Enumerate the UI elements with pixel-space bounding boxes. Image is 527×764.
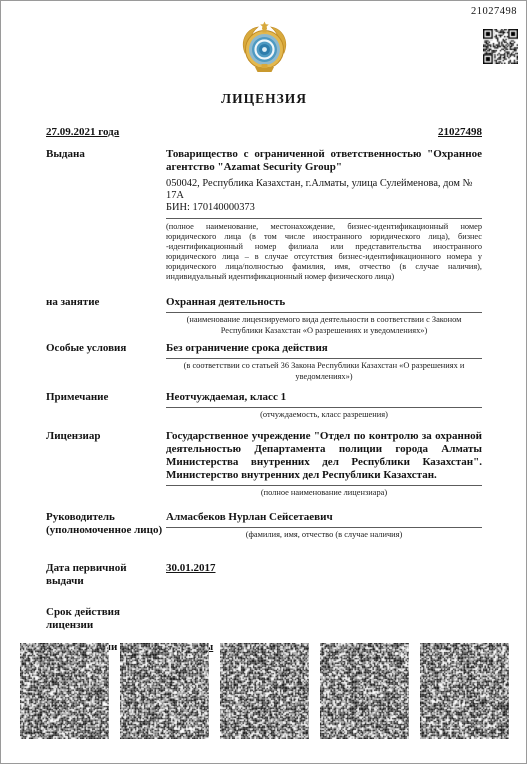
qr-code (483, 29, 518, 64)
data-matrix-barcode (20, 643, 109, 739)
license-number: 21027498 (438, 126, 482, 138)
head-label-2: (уполномоченное лицо) (46, 524, 162, 537)
special-conditions-value: Без ограничение срока действия (166, 342, 482, 355)
special-conditions-footnote: (в соответствии со статьей 36 Закона Рес… (166, 361, 482, 382)
document-body: ЛИЦЕНЗИЯ 27.09.2021 года 21027498 Выдана… (1, 91, 526, 655)
data-matrix-barcode (220, 643, 309, 739)
licensor-footnote: (полное наименование лицензиара) (166, 488, 482, 499)
licensor-section: Лицензиар Государственное учреждение "От… (46, 430, 482, 498)
remark-label: Примечание (46, 391, 166, 404)
activity-footnote: (наименование лицензируемого вида деятел… (166, 315, 482, 336)
remark-footnote: (отчуждаемость, класс разрешения) (166, 410, 482, 421)
company-name: Товарищество с ограниченной ответственно… (166, 148, 482, 174)
barcode-strip (20, 643, 509, 739)
date-number-row: 27.09.2021 года 21027498 (46, 126, 482, 138)
remark-value: Неотчуждаемая, класс 1 (166, 391, 482, 404)
special-conditions-section: Особые условия Без ограничение срока дей… (46, 342, 482, 382)
licensor-label: Лицензиар (46, 430, 166, 443)
head-value: Алмасбеков Нурлан Сейсетаевич (166, 511, 482, 524)
issued-to-footnote: (полное наименование, местонахождение, б… (166, 222, 482, 283)
kazakhstan-emblem-icon (236, 21, 293, 76)
company-address: 050042, Республика Казахстан, г.Алматы, … (166, 178, 482, 203)
first-issue-label: Дата первичной выдачи (46, 562, 166, 588)
issued-to-label: Выдана (46, 148, 166, 161)
data-matrix-barcode (320, 643, 409, 739)
document-number-top: 21027498 (471, 6, 517, 17)
head-section: Руководитель (уполномоченное лицо) Алмас… (46, 511, 482, 540)
head-footnote: (фамилия, имя, отчество (в случае наличи… (166, 530, 482, 541)
remark-section: Примечание Неотчуждаемая, класс 1 (отчуж… (46, 391, 482, 420)
licensor-value: Государственное учреждение "Отдел по кон… (166, 430, 482, 482)
validity-section: Срок действия лицензии (46, 606, 482, 632)
issue-date: 27.09.2021 года (46, 126, 119, 138)
data-matrix-barcode (120, 643, 209, 739)
special-conditions-label: Особые условия (46, 342, 166, 355)
activity-value: Охранная деятельность (166, 296, 482, 309)
activity-section: на занятие Охранная деятельность (наимен… (46, 296, 482, 336)
document-title: ЛИЦЕНЗИЯ (46, 91, 482, 107)
activity-label: на занятие (46, 296, 166, 309)
company-bin: БИН: 170140000373 (166, 202, 482, 214)
data-matrix-barcode (420, 643, 509, 739)
head-label: Руководитель (46, 511, 162, 524)
license-document-page: 21027498 ЛИЦЕНЗИЯ 27.09.2021 года 210274… (0, 0, 527, 764)
issued-to-section: Выдана Товарищество с ограниченной ответ… (46, 148, 482, 282)
validity-label: Срок действия лицензии (46, 606, 166, 632)
first-issue-section: Дата первичной выдачи 30.01.2017 (46, 562, 482, 588)
first-issue-value: 30.01.2017 (166, 562, 482, 574)
